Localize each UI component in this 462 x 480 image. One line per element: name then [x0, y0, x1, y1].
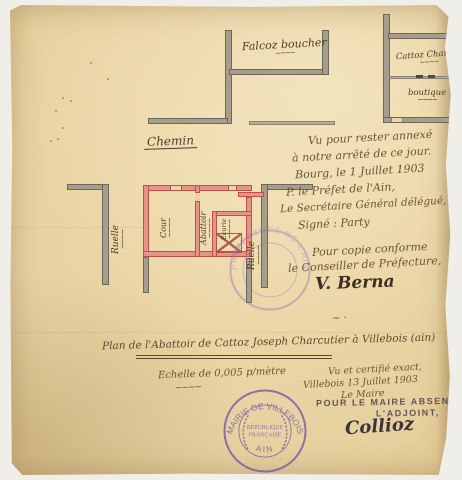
- wall-cattoz-left: [383, 14, 390, 123]
- aged-paper-sheet: Falcoz boucher ~~~~ Cattoz Charcut ~~~~ …: [10, 5, 452, 475]
- street-label-chemin: Chemin: [144, 133, 197, 150]
- stamp-arc-text: PRÉFECTURE DE L'AIN: [229, 225, 312, 270]
- wall-street-north: [148, 118, 228, 124]
- flourish-mark: ~~~~: [208, 212, 212, 245]
- flourish-mark: ~~~~: [168, 218, 172, 238]
- wall-falcoz-bottom: [229, 69, 329, 75]
- stain-dot: [57, 138, 59, 140]
- flourish-mark: ~~~~: [408, 98, 446, 102]
- room-label-cour: Cour ~~~~: [160, 218, 172, 238]
- alley-label-left: Ruelle ~~~~: [112, 225, 125, 254]
- door-gap: [391, 118, 403, 122]
- flourish-mark: ~~~~: [121, 225, 125, 254]
- small-ink-mark: ~ ·: [332, 313, 347, 325]
- plan-title: Plan de l'Abattoir de Cattoz Joseph Char…: [102, 332, 436, 353]
- scanned-plan-document: Falcoz boucher ~~~~ Cattoz Charcut ~~~~ …: [0, 0, 462, 480]
- stain-dot: [90, 62, 92, 64]
- stamp-center-line2: FRANÇAISE: [249, 432, 282, 438]
- abattoir-wall-left: [143, 185, 149, 258]
- stamp-arc-bottom-text: AIN: [255, 444, 275, 454]
- door-dash: [416, 75, 423, 78]
- wall-below-left: [143, 252, 149, 293]
- wreath-right: [281, 415, 287, 449]
- mairie-round-stamp: MAIRIE DE VILLEBOIS AIN RÉPUBLIQUE FRANÇ…: [219, 386, 311, 476]
- room-label-abattoir: Abattoir ~~~~: [200, 212, 212, 245]
- partition-door-gap: [195, 192, 200, 202]
- title-underline: [136, 355, 332, 359]
- deputy-mayor-signature: Collioz: [344, 414, 414, 440]
- stain-dot: [62, 97, 64, 99]
- flourish-mark: ~~~~: [175, 382, 202, 393]
- abattoir-door-gap: [170, 186, 182, 190]
- prefecture-round-stamp: PRÉFECTURE DE L'AIN: [225, 225, 315, 315]
- wall-street-mid: [249, 121, 335, 125]
- scale-note: Echelle de 0,005 p/mètre: [158, 366, 286, 381]
- wall-cattoz-top: [388, 33, 454, 39]
- prefecture-note-line: P. le Préfet de l'Ain,: [286, 180, 396, 199]
- councillor-signature: V. Berna: [315, 272, 395, 295]
- abattoir-door-gap: [228, 186, 237, 190]
- paper-crease: [10, 227, 150, 228]
- stamp-center-line1: RÉPUBLIQUE: [247, 423, 284, 431]
- stain-dot: [55, 110, 57, 112]
- stain-dot: [70, 100, 72, 102]
- wall-falcoz-left: [225, 30, 232, 124]
- neighbor-label-cattoz: Cattoz Charcut ~~~~: [396, 48, 462, 67]
- smallroom-wall-top: [212, 211, 252, 216]
- stain-dot: [62, 127, 64, 129]
- door-dash: [428, 75, 435, 78]
- stain-dot: [50, 140, 52, 142]
- neighbor-label-falcoz: Falcoz boucher ~~~~: [242, 36, 328, 58]
- neighbor-label-boutique: boutique ~~~~: [408, 88, 446, 102]
- wall-alley-left-side: [102, 184, 109, 285]
- stamp-inner-ring: [243, 243, 297, 297]
- prefecture-note-line: Bourg, le 1 Juillet 1903: [295, 162, 425, 182]
- stain-dot: [107, 78, 109, 80]
